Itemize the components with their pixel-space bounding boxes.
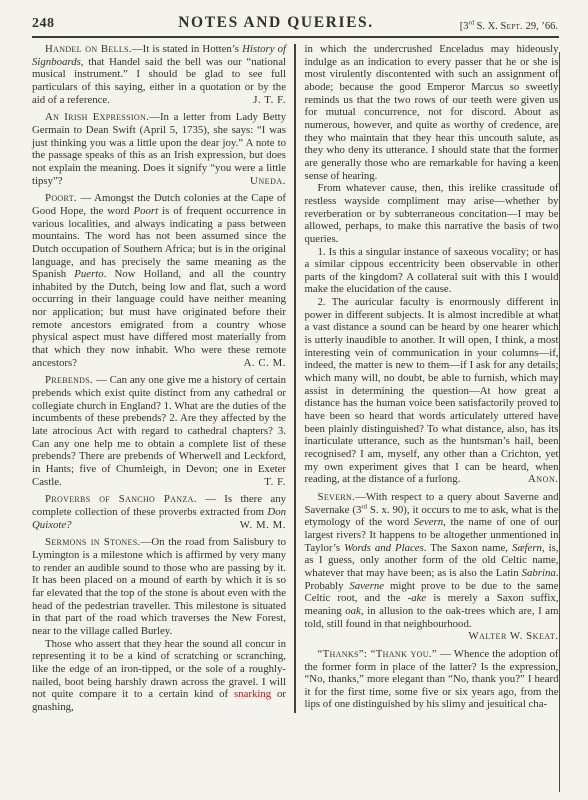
body-text: 29, ’66. [523,21,558,32]
article-paragraph: An Irish Expression.—In a letter from La… [32,111,286,187]
italic-text: Words and Places [344,542,424,554]
article-paragraph: Handel on Bells.—It is stated in Hotten’… [32,43,286,106]
article-heading: Sept. [501,21,523,32]
body-text: [3 [460,21,469,32]
signature: W. M. M. [217,519,286,532]
article-heading: Poort. [45,192,77,204]
body-text: —It is stated in Hotten’s [132,43,242,55]
body-text: 2. The auricular faculty is enormously d… [305,296,559,485]
body-text: — Can any one give me a history of certa… [32,374,286,487]
scanned-page: 248 NOTES AND QUERIES. [3rd S. X. Sept. … [0,0,588,800]
article-heading: Sermons in Stones. [45,536,141,548]
page-edge-line [559,52,561,792]
body-text: 1. Is this a singular instance of saxeou… [305,246,559,296]
right-column: in which the undercrushed Enceladus may … [305,43,559,713]
left-column: Handel on Bells.—It is stated in Hotten’… [32,43,286,713]
article-paragraph: “Thanks”: “Thank you.” — Whence the adop… [305,648,559,711]
article-heading: Handel on Bells. [45,43,132,55]
body-text: S. X. [474,21,501,32]
article-paragraph: 2. The auricular faculty is enormously d… [305,296,559,486]
article-heading: Proverbs of Sancho Panza. [45,493,197,505]
signature: Anon. [505,473,559,486]
columns: Handel on Bells.—It is stated in Hotten’… [0,38,588,713]
highlighted-word: snarking [234,688,271,700]
signature: Uneda. [227,175,286,188]
italic-text: Sabrina [522,567,556,579]
italic-text: Sæfern [512,542,542,554]
body-text: in which the undercrushed Enceladus may … [305,43,559,182]
article-paragraph: From whatever cause, then, this irelike … [305,182,559,245]
article-heading: “Thanks”: “Thank you.” [318,648,437,660]
article-heading: Prebends. [45,374,93,386]
italic-text: Poort [133,205,158,217]
body-text: . Now Holland, and all the country inhab… [32,268,286,369]
signature: T. F. [241,476,286,489]
article-paragraph: Those who assert that they hear the soun… [32,638,286,714]
signature: Walter W. Skeat. [445,630,558,643]
page-title: NOTES AND QUERIES. [112,14,440,32]
italic-text: Severn [414,516,443,528]
body-text: From whatever cause, then, this irelike … [305,182,559,245]
page-header: 248 NOTES AND QUERIES. [3rd S. X. Sept. … [0,0,588,36]
italic-text: Saverne [349,580,384,592]
article-heading: An Irish Expression. [45,111,149,123]
issue-reference: [3rd S. X. Sept. 29, ’66. [440,21,558,32]
italic-text: oak [345,605,361,617]
article-paragraph: in which the undercrushed Enceladus may … [305,43,559,182]
italic-text: Puerto [74,268,103,280]
article-paragraph: Poort. — Amongst the Dutch colonies at t… [32,192,286,369]
page-number: 248 [32,16,112,32]
body-text: —On the road from Salisbury to Lymington… [32,536,286,637]
article-paragraph: Proverbs of Sancho Panza. — Is there any… [32,493,286,531]
article-paragraph: Sermons in Stones.—On the road from Sali… [32,536,286,637]
column-divider-rule [294,44,296,713]
body-text: . The Saxon name, [424,542,512,554]
italic-text: -ake [408,592,427,604]
article-paragraph: 1. Is this a singular instance of saxeou… [305,246,559,297]
article-paragraph: Prebends. — Can any one give me a histor… [32,374,286,488]
article-heading: Severn. [318,491,356,503]
article-paragraph: Severn.—With respect to a query about Sa… [305,491,559,643]
signature: A. C. M. [221,357,286,370]
signature: J. T. F. [230,94,286,107]
